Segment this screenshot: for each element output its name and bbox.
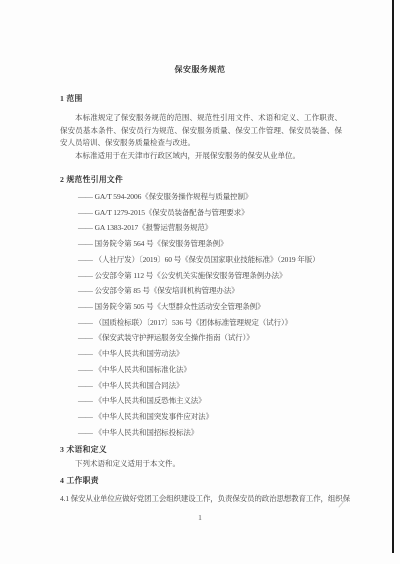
reference-item: —— 《保安武装守护押运服务安全操作指南（试行）》 (78, 330, 346, 346)
reference-item: —— 国务院令第 505 号《大型群众性活动安全管理条例》 (78, 299, 346, 315)
section-heading-references: 2 规范性引用文件 (60, 174, 342, 185)
reference-item: —— 公安部令第 85 号《保安培训机构管理办法》 (78, 283, 346, 299)
duties-paragraph: 4.1 保安从业单位应做好党团工会组织建设工作，负责保安员的政治思想教育工作，组… (60, 493, 342, 506)
reference-list: —— GA/T 594-2006《保安服务操作规程与质量控制》 —— GA/T … (78, 189, 346, 441)
scan-edge-line (392, 0, 394, 553)
reference-item: —— （国质检标联）〔2017〕536 号《团体标准管理规定（试行）》 (78, 315, 346, 331)
reference-item: —— 《中华人民共和国劳动法》 (78, 346, 346, 362)
reference-item: —— 《中华人民共和国标准化法》 (78, 362, 346, 378)
reference-item: —— GA/T 1279-2015《保安员装备配备与管理要求》 (78, 205, 346, 221)
section-heading-duties: 4 工作职责 (60, 475, 342, 486)
reference-item: —— 《中华人民共和国突发事件应对法》 (78, 409, 346, 425)
page-number: 1 (0, 513, 400, 522)
reference-item: —— 《中华人民共和国招标投标法》 (78, 425, 346, 441)
section-heading-scope: 1 范围 (60, 93, 342, 104)
section-heading-terms: 3 术语和定义 (60, 444, 342, 455)
reference-item: —— 《中华人民共和国反恐怖主义法》 (78, 393, 346, 409)
reference-item: —— GA/T 594-2006《保安服务操作规程与质量控制》 (78, 189, 346, 205)
terms-paragraph: 下列术语和定义适用于本文件。 (60, 458, 342, 471)
reference-item: —— GA 1383-2017《报警运营服务规范》 (78, 220, 346, 236)
reference-item: —— 《中华人民共和国合同法》 (78, 378, 346, 394)
scope-paragraph-1: 本标准规定了保安服务规范的范围、规范性引用文件、术语和定义、工作职责、保安员基本… (60, 112, 342, 150)
reference-item: —— （人社厅发）〔2019〕60 号《保安员国家职业技能标准》（2019 年版… (78, 252, 346, 268)
document-page: 保安服务规范 1 范围 本标准规定了保安服务规范的范围、规范性引用文件、术语和定… (0, 0, 400, 564)
document-title: 保安服务规范 (0, 64, 400, 75)
reference-item: —— 国务院令第 564 号《保安服务管理条例》 (78, 236, 346, 252)
scope-paragraph-2: 本标准适用于在天津市行政区域内，开展保安服务的保安从业单位。 (60, 150, 342, 163)
reference-item: —— 公安部令第 112 号《公安机关实施保安服务管理条例办法》 (78, 268, 346, 284)
